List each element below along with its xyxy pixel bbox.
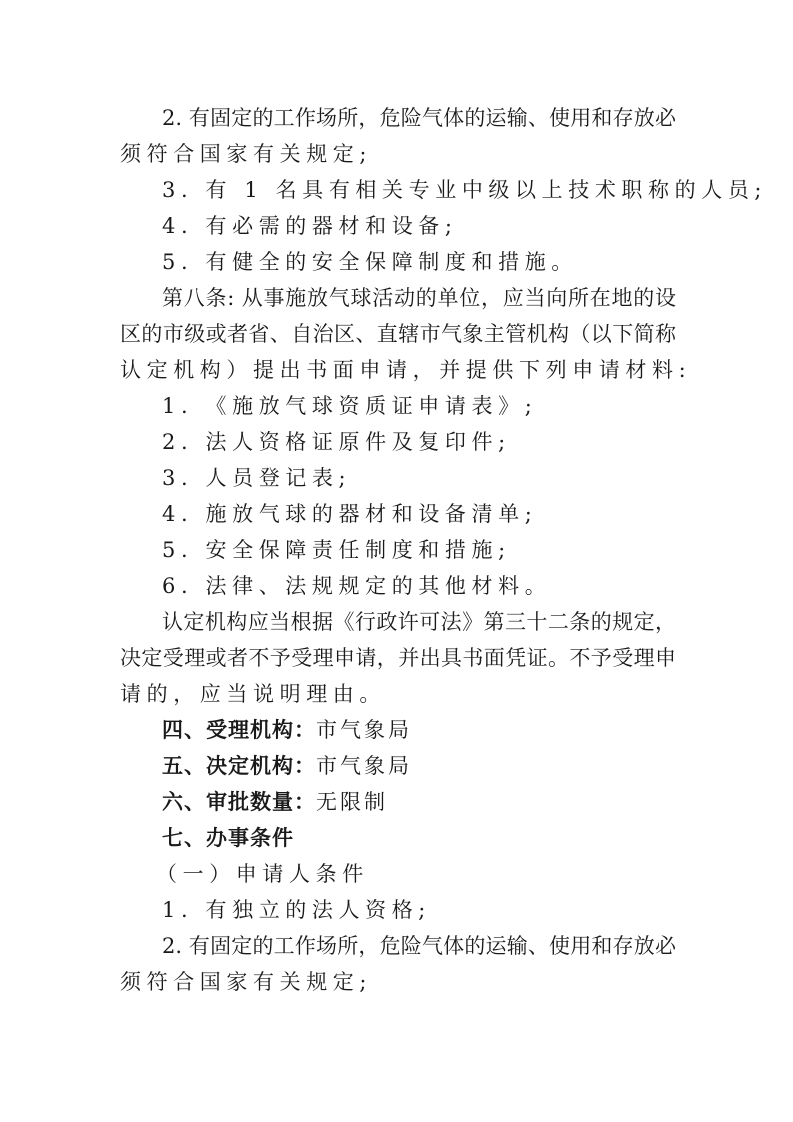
text-line: 3. 人员登记表;: [120, 460, 676, 496]
document-page: 2. 有固定的工作场所，危险气体的运输、使用和存放必 须符合国家有关规定; 3.…: [120, 100, 676, 1000]
text-line: 请的，应当说明理由。: [120, 676, 676, 712]
heading-label: 六、审批数量：: [162, 790, 316, 814]
text-line: 决定受理或者不予受理申请，并出具书面凭证。不予受理申: [120, 640, 676, 676]
text-line: 认定机构应当根据《行政许可法》第三十二条的规定，: [120, 604, 676, 640]
text-line: 2. 有固定的工作场所，危险气体的运输、使用和存放必: [120, 928, 676, 964]
heading-value: 市气象局: [316, 718, 412, 742]
text-line: 4. 施放气球的器材和设备清单;: [120, 496, 676, 532]
text-line: 5. 安全保障责任制度和措施;: [120, 532, 676, 568]
heading-label: 五、决定机构：: [162, 754, 316, 778]
heading-accepting-authority: 四、受理机构：市气象局: [120, 712, 676, 748]
text-line: 6. 法律、法规规定的其他材料。: [120, 568, 676, 604]
heading-value: 市气象局: [316, 754, 412, 778]
heading-approval-quantity: 六、审批数量：无限制: [120, 784, 676, 820]
tail-lines: （一）申请人条件 1. 有独立的法人资格; 2. 有固定的工作场所，危险气体的运…: [120, 856, 676, 1000]
text-line: 1. 有独立的法人资格;: [120, 892, 676, 928]
section-headings: 四、受理机构：市气象局 五、决定机构：市气象局 六、审批数量：无限制 七、办事条…: [120, 712, 676, 856]
text-line: 认定机构）提出书面申请，并提供下列申请材料:: [120, 352, 676, 388]
text-line: 5. 有健全的安全保障制度和措施。: [120, 244, 676, 280]
heading-label: 四、受理机构：: [162, 718, 316, 742]
text-line: 须符合国家有关规定;: [120, 964, 676, 1000]
text-line: 2. 有固定的工作场所，危险气体的运输、使用和存放必: [120, 100, 676, 136]
subheading-applicant-conditions: （一）申请人条件: [120, 856, 676, 892]
text-line: 须符合国家有关规定;: [120, 136, 676, 172]
text-line: 第八条: 从事施放气球活动的单位，应当向所在地的设: [120, 280, 676, 316]
text-line: 区的市级或者省、自治区、直辖市气象主管机构（以下简称: [120, 316, 676, 352]
text-line: 1. 《施放气球资质证申请表》;: [120, 388, 676, 424]
body-lines: 2. 有固定的工作场所，危险气体的运输、使用和存放必 须符合国家有关规定; 3.…: [120, 100, 676, 712]
text-line: 4. 有必需的器材和设备;: [120, 208, 676, 244]
text-line: 3. 有 1 名具有相关专业中级以上技术职称的人员;: [120, 172, 676, 208]
heading-deciding-authority: 五、决定机构：市气象局: [120, 748, 676, 784]
heading-value: 无限制: [316, 790, 388, 814]
text-line: 2. 法人资格证原件及复印件;: [120, 424, 676, 460]
heading-conditions: 七、办事条件: [120, 820, 676, 856]
heading-label: 七、办事条件: [162, 826, 294, 850]
